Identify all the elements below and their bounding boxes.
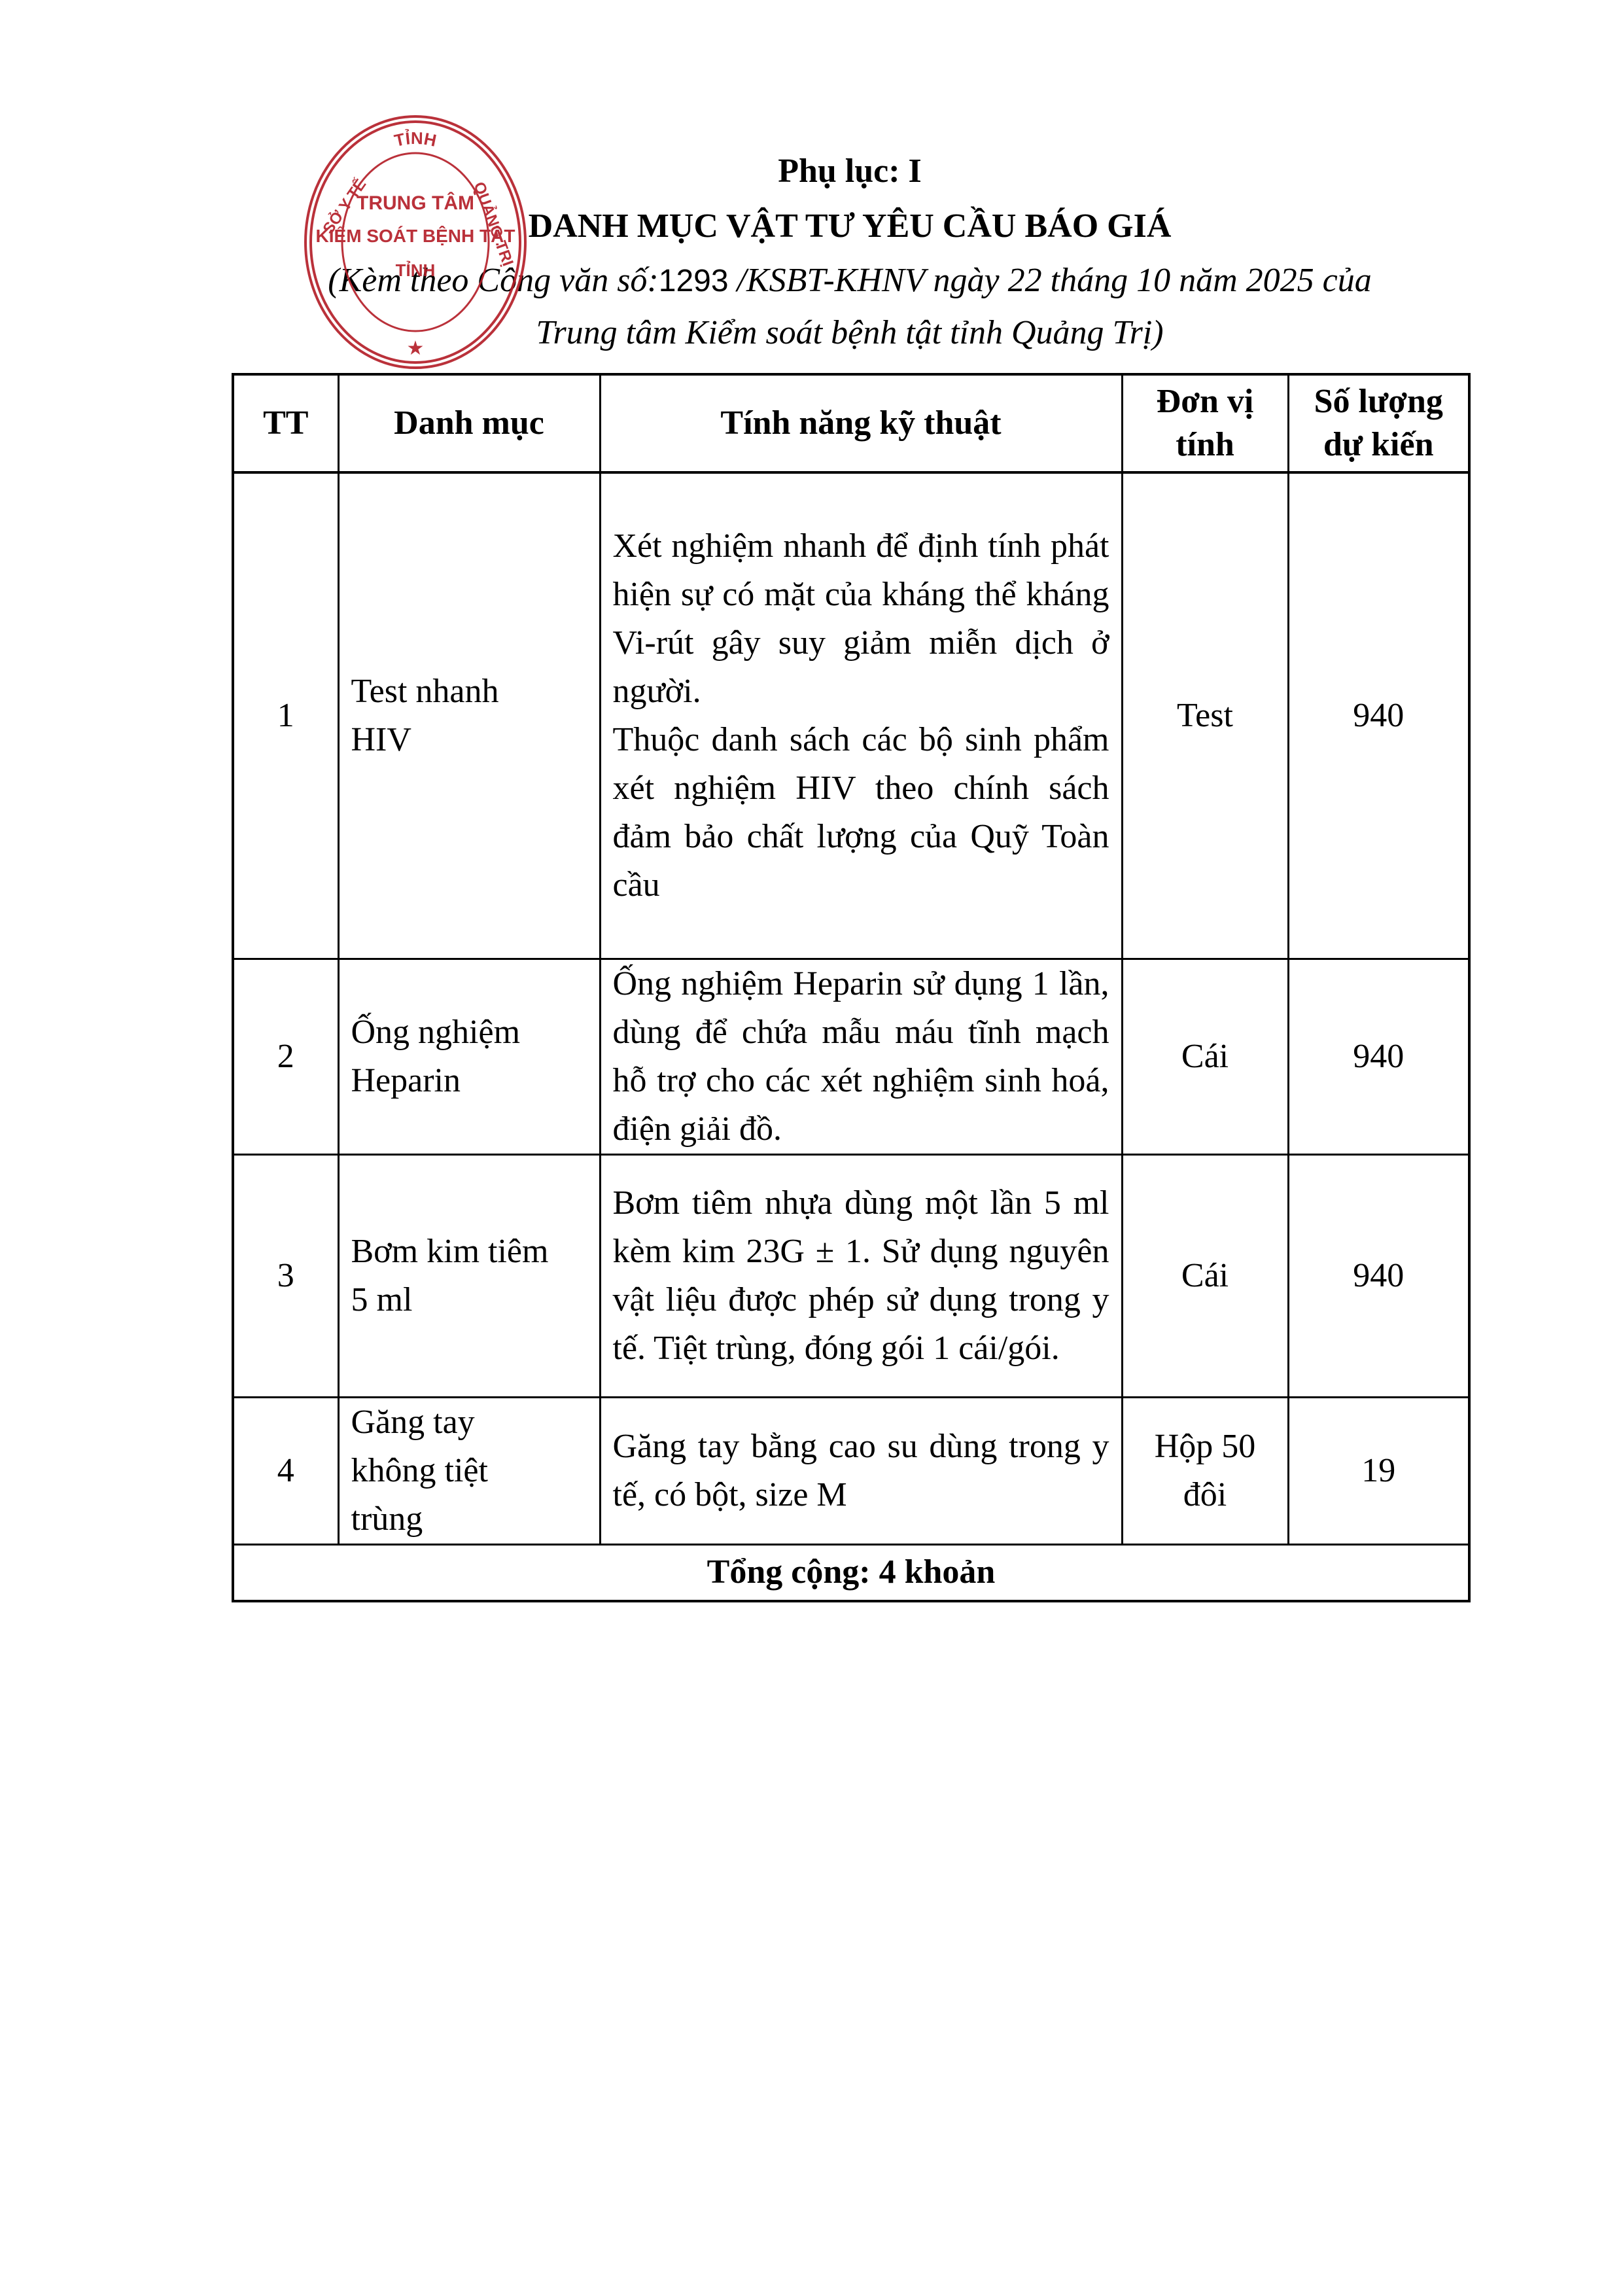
document-number: 1293 [659,264,729,298]
table-row: 1 Test nhanh HIV Xét nghiệm nhanh để địn… [233,472,1469,959]
column-header-unit: Đơn vị tính [1122,374,1288,472]
table-row: 3 Bơm kim tiêm 5 ml Bơm tiêm nhựa dùng m… [233,1154,1469,1397]
reference-prefix: (Kèm theo Công văn số: [328,262,658,299]
table-row: 2 Ống nghiệm Heparin Ống nghiệm Heparin … [233,959,1469,1154]
table-row: 4 Găng tay không tiệt trùng Găng tay bằn… [233,1397,1469,1544]
item-unit: Cái [1122,1154,1288,1397]
column-header-quantity: Số lượng dự kiến [1288,374,1469,472]
item-unit: Hộp 50 đôi [1122,1397,1288,1544]
supply-items-table: TT Danh mục Tính năng kỹ thuật Đơn vị tí… [232,373,1471,1602]
document-reference-line-1: (Kèm theo Công văn số:1293 /KSBT-KHNV ng… [232,259,1468,303]
document-title: DANH MỤC VẬT TƯ YÊU CẦU BÁO GIÁ [232,207,1468,246]
item-unit: Cái [1122,959,1288,1154]
item-specification: Ống nghiệm Heparin sử dụng 1 lần, dùng đ… [600,959,1122,1154]
item-quantity: 19 [1288,1397,1469,1544]
table-total-row: Tổng cộng: 4 khoản [233,1544,1469,1601]
document-reference-line-2: Trung tâm Kiểm soát bệnh tật tỉnh Quảng … [232,311,1468,355]
item-quantity: 940 [1288,959,1469,1154]
item-quantity: 940 [1288,1154,1469,1397]
appendix-title: Phụ lục: I [232,152,1468,191]
row-number: 1 [233,472,338,959]
item-name: Ống nghiệm Heparin [338,959,600,1154]
column-header-tt: TT [233,374,338,472]
item-quantity: 940 [1288,472,1469,959]
column-header-name: Danh mục [338,374,600,472]
stamp-ring-top-text: TỈNH [393,128,438,150]
item-specification: Xét nghiệm nhanh để định tính phát hiện … [600,472,1122,959]
reference-date: /KSBT-KHNV ngày 22 tháng 10 năm 2025 của [729,262,1372,299]
row-number: 3 [233,1154,338,1397]
document-page: TỈNH SỞ Y TẾ QUẢNG TRỊ TRUNG TÂM KIỂM SO… [0,0,1623,2296]
item-specification: Găng tay bằng cao su dùng trong y tế, có… [600,1397,1122,1544]
column-header-spec: Tính năng kỹ thuật [600,374,1122,472]
table-header-row: TT Danh mục Tính năng kỹ thuật Đơn vị tí… [233,374,1469,472]
item-unit: Test [1122,472,1288,959]
total-summary: Tổng cộng: 4 khoản [233,1544,1469,1601]
item-name: Bơm kim tiêm 5 ml [338,1154,600,1397]
item-specification: Bơm tiêm nhựa dùng một lần 5 ml kèm kim … [600,1154,1122,1397]
item-name: Găng tay không tiệt trùng [338,1397,600,1544]
item-name: Test nhanh HIV [338,472,600,959]
row-number: 4 [233,1397,338,1544]
row-number: 2 [233,959,338,1154]
